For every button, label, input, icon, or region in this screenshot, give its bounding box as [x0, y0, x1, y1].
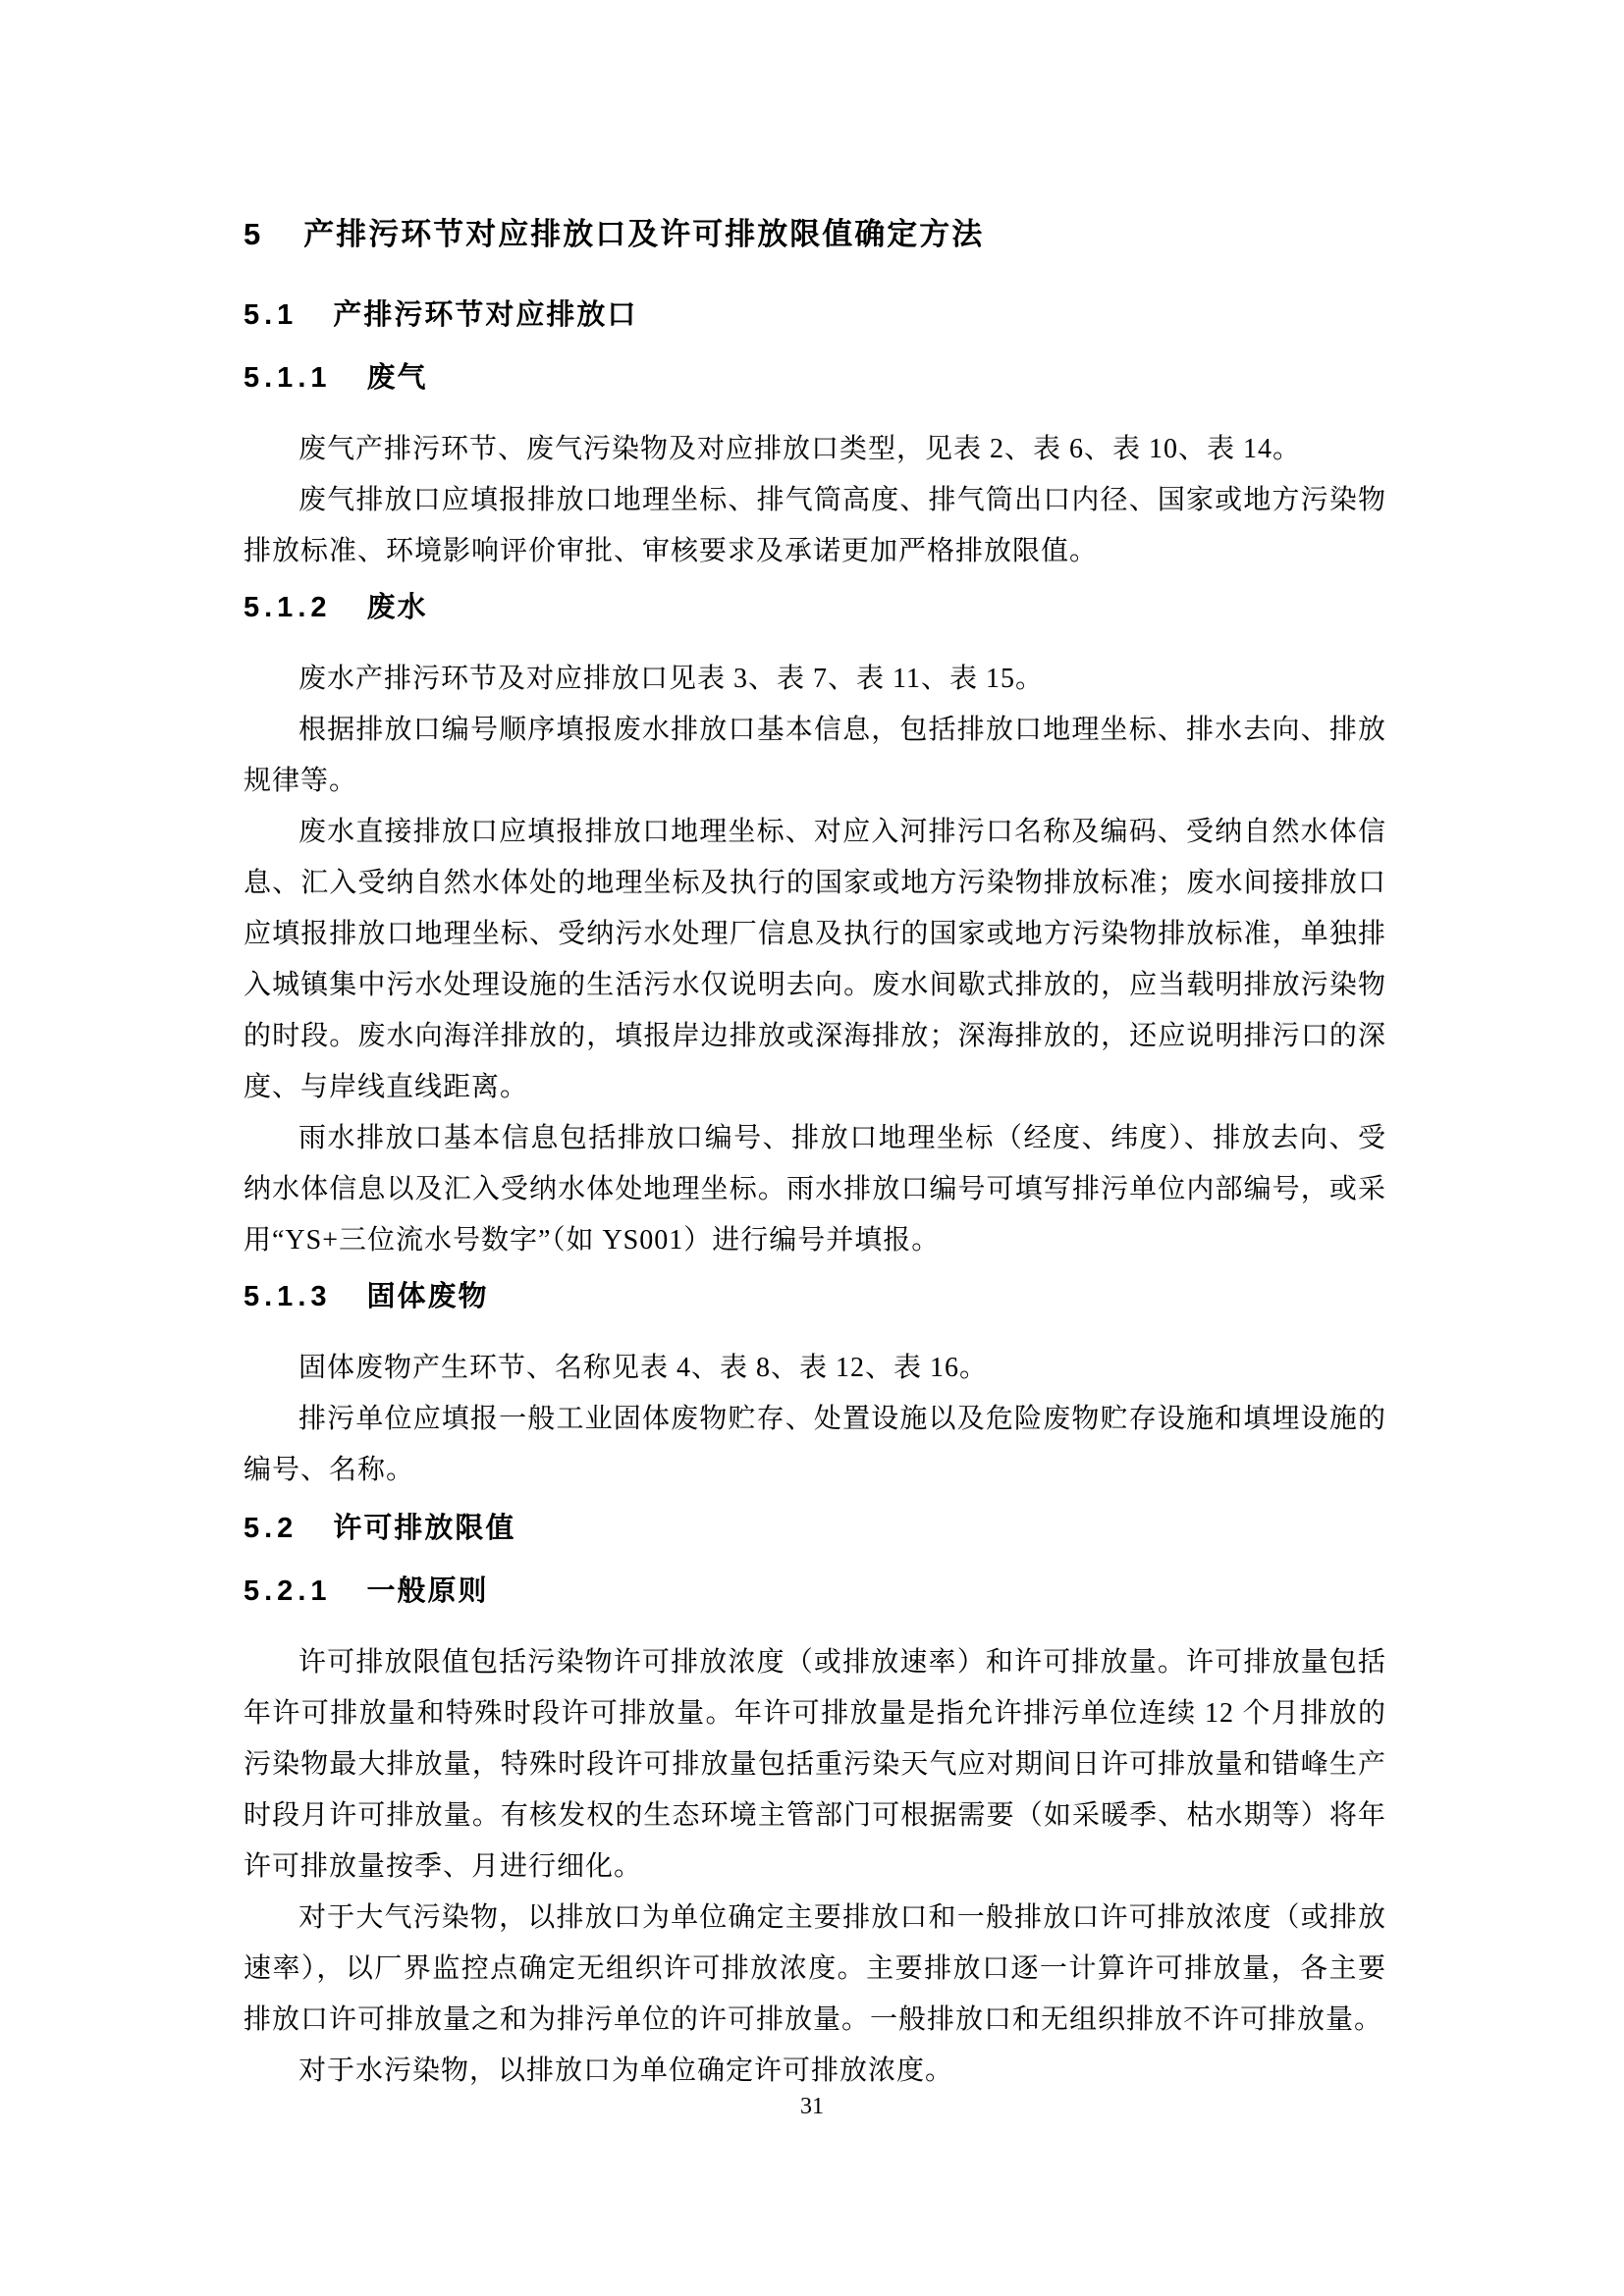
heading-5-1-1-title: 废气 — [367, 362, 428, 394]
heading-5-2-1: 5.2.1一般原则 — [244, 1575, 1386, 1608]
heading-5-1-3-number: 5.1.3 — [244, 1281, 332, 1312]
heading-5-2-title: 许可排放限值 — [333, 1513, 515, 1544]
heading-5-2-1-title: 一般原则 — [367, 1575, 489, 1607]
para-wastewater-direct-indirect: 废水直接排放口应填报排放口地理坐标、对应入河排污口名称及编码、受纳自然水体信息、… — [244, 807, 1386, 1113]
para-air-pollutant-limits: 对于大气污染物，以排放口为单位确定主要排放口和一般排放口许可排放浓度（或排放速率… — [244, 1893, 1386, 2046]
para-waste-gas-outlet-info: 废气排放口应填报排放口地理坐标、排气筒高度、排气筒出口内径、国家或地方污染物排放… — [244, 475, 1386, 577]
heading-5-1-1-number: 5.1.1 — [244, 362, 332, 394]
heading-5-1: 5.1产排污环节对应排放口 — [244, 298, 1386, 332]
heading-section-5-title: 产排污环节对应排放口及许可排放限值确定方法 — [303, 217, 984, 251]
document-page: 5产排污环节对应排放口及许可排放限值确定方法 5.1产排污环节对应排放口 5.1… — [0, 0, 1624, 2296]
para-waste-gas-tables: 废气产排污环节、废气污染物及对应排放口类型，见表 2、表 6、表 10、表 14… — [244, 424, 1386, 475]
document-body: 5产排污环节对应排放口及许可排放限值确定方法 5.1产排污环节对应排放口 5.1… — [244, 216, 1386, 2097]
para-solid-waste-facilities: 排污单位应填报一般工业固体废物贮存、处置设施以及危险废物贮存设施和填埋设施的编号… — [244, 1394, 1386, 1496]
para-wastewater-tables: 废水产排污环节及对应排放口见表 3、表 7、表 11、表 15。 — [244, 654, 1386, 705]
para-wastewater-outlet-basic-info: 根据排放口编号顺序填报废水排放口基本信息，包括排放口地理坐标、排水去向、排放规律… — [244, 705, 1386, 807]
heading-5-1-3-title: 固体废物 — [367, 1281, 489, 1312]
heading-5-2-number: 5.2 — [244, 1513, 298, 1544]
para-rainwater-outlet-info: 雨水排放口基本信息包括排放口编号、排放口地理坐标（经度、纬度）、排放去向、受纳水… — [244, 1113, 1386, 1266]
heading-5-1-title: 产排污环节对应排放口 — [333, 299, 637, 331]
para-permit-limit-general: 许可排放限值包括污染物许可排放浓度（或排放速率）和许可排放量。许可排放量包括年许… — [244, 1637, 1386, 1893]
heading-5-1-3: 5.1.3固体废物 — [244, 1280, 1386, 1313]
heading-5-1-number: 5.1 — [244, 299, 298, 331]
heading-section-5: 5产排污环节对应排放口及许可排放限值确定方法 — [244, 216, 1386, 253]
heading-section-5-number: 5 — [244, 217, 260, 251]
heading-5-2: 5.2许可排放限值 — [244, 1512, 1386, 1545]
page-number: 31 — [0, 2093, 1624, 2120]
heading-5-1-2: 5.1.2废水 — [244, 591, 1386, 624]
heading-5-2-1-number: 5.2.1 — [244, 1575, 332, 1607]
heading-5-1-2-number: 5.1.2 — [244, 592, 332, 623]
para-water-pollutant-limits: 对于水污染物，以排放口为单位确定许可排放浓度。 — [244, 2046, 1386, 2097]
heading-5-1-2-title: 废水 — [367, 592, 428, 623]
heading-5-1-1: 5.1.1废气 — [244, 361, 1386, 395]
para-solid-waste-tables: 固体废物产生环节、名称见表 4、表 8、表 12、表 16。 — [244, 1343, 1386, 1394]
